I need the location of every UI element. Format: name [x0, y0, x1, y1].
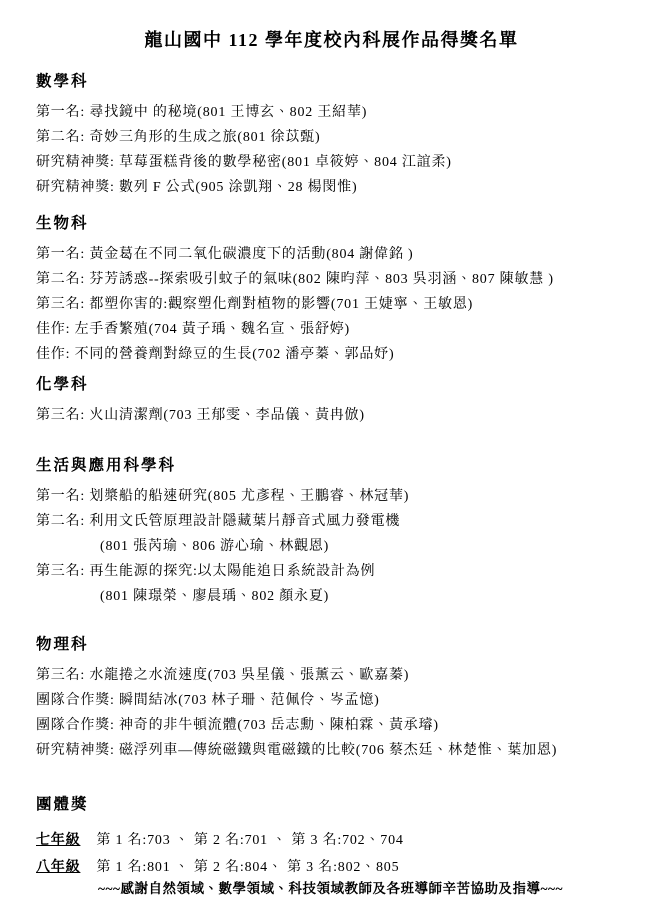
grade-results: 第 1 名:703 、 第 2 名:701 、 第 3 名:702、704	[96, 833, 403, 848]
team-awards-heading: 團體獎	[36, 793, 627, 817]
award-line: 第三名: 水龍捲之水流速度(703 吳星儀、張薰云、歐嘉蓁)	[36, 663, 627, 688]
award-line: 第三名: 火山清潔劑(703 王郁雯、李品儀、黃冉倣)	[36, 403, 627, 428]
section-heading: 數學科	[36, 70, 627, 94]
award-section-4: 物理科第三名: 水龍捲之水流速度(703 吳星儀、張薰云、歐嘉蓁)團隊合作獎: …	[36, 633, 627, 763]
award-line: 第一名: 尋找鏡中 的秘境(801 王博玄、802 王紹華)	[36, 100, 627, 125]
award-line: 第二名: 芬芳誘惑--探索吸引蚊子的氣味(802 陳昀萍、803 吳羽涵、807…	[36, 267, 627, 292]
award-line: 第二名: 利用文氏管原理設計隱藏葉片靜音式風力發電機	[36, 509, 627, 534]
team-award-row: 七年級第 1 名:703 、 第 2 名:701 、 第 3 名:702、704	[36, 827, 627, 854]
award-line: 佳作: 左手香繁殖(704 黃子瑀、魏名宣、張舒婷)	[36, 317, 627, 342]
sections-container: 數學科第一名: 尋找鏡中 的秘境(801 王博玄、802 王紹華)第二名: 奇妙…	[36, 70, 627, 763]
award-line: 研究精神獎: 磁浮列車—傳統磁鐵與電磁鐵的比較(706 蔡杰廷、林楚惟、葉加恩)	[36, 738, 627, 763]
team-awards-section: 團體獎 七年級第 1 名:703 、 第 2 名:701 、 第 3 名:702…	[36, 793, 627, 881]
award-section-0: 數學科第一名: 尋找鏡中 的秘境(801 王博玄、802 王紹華)第二名: 奇妙…	[36, 70, 627, 200]
section-heading: 生活與應用科學科	[36, 454, 627, 478]
award-line: 第三名: 都塑你害的:觀察塑化劑對植物的影響(701 王婕寧、王敏恩)	[36, 292, 627, 317]
award-section-3: 生活與應用科學科第一名: 划槳船的船速研究(805 尤彥程、王鵬睿、林冠華)第二…	[36, 454, 627, 609]
section-heading: 物理科	[36, 633, 627, 657]
page-title: 龍山國中 112 學年度校內科展作品得獎名單	[36, 26, 627, 54]
award-line: (801 張芮瑜、806 游心瑜、林觀恩)	[36, 534, 627, 559]
award-section-2: 化學科第三名: 火山清潔劑(703 王郁雯、李品儀、黃冉倣)	[36, 373, 627, 428]
document-page: 龍山國中 112 學年度校內科展作品得獎名單 數學科第一名: 尋找鏡中 的秘境(…	[0, 0, 661, 923]
team-rows: 七年級第 1 名:703 、 第 2 名:701 、 第 3 名:702、704…	[36, 827, 627, 881]
award-line: 佳作: 不同的營養劑對綠豆的生長(702 潘亭蓁、郭品妤)	[36, 342, 627, 367]
award-line: 研究精神獎: 數列 F 公式(905 涂凱翔、28 楊閔惟)	[36, 175, 627, 200]
footer-note: ~~~感謝自然領域、數學領域、科技領域教師及各班導師辛苦協助及指導~~~	[0, 877, 661, 897]
grade-results: 第 1 名:801 、 第 2 名:804、 第 3 名:802、805	[96, 860, 399, 875]
section-heading: 生物科	[36, 212, 627, 236]
award-line: (801 陳璟榮、廖晨瑀、802 顏永夏)	[36, 584, 627, 609]
award-line: 第一名: 划槳船的船速研究(805 尤彥程、王鵬睿、林冠華)	[36, 484, 627, 509]
award-line: 第一名: 黃金葛在不同二氧化碳濃度下的活動(804 謝偉銘 )	[36, 242, 627, 267]
award-line: 團隊合作獎: 瞬間結冰(703 林子珊、范佩伶、岑孟憶)	[36, 688, 627, 713]
award-line: 研究精神獎: 草莓蛋糕背後的數學秘密(801 卓筱婷、804 江誼柔)	[36, 150, 627, 175]
award-section-1: 生物科第一名: 黃金葛在不同二氧化碳濃度下的活動(804 謝偉銘 )第二名: 芬…	[36, 212, 627, 367]
award-line: 團隊合作獎: 神奇的非牛頓流體(703 岳志勳、陳柏霖、黃承璿)	[36, 713, 627, 738]
grade-label: 七年級	[36, 833, 80, 848]
section-heading: 化學科	[36, 373, 627, 397]
award-line: 第二名: 奇妙三角形的生成之旅(801 徐苡甄)	[36, 125, 627, 150]
award-line: 第三名: 再生能源的探究:以太陽能追日系統設計為例	[36, 559, 627, 584]
grade-label: 八年級	[36, 860, 80, 875]
